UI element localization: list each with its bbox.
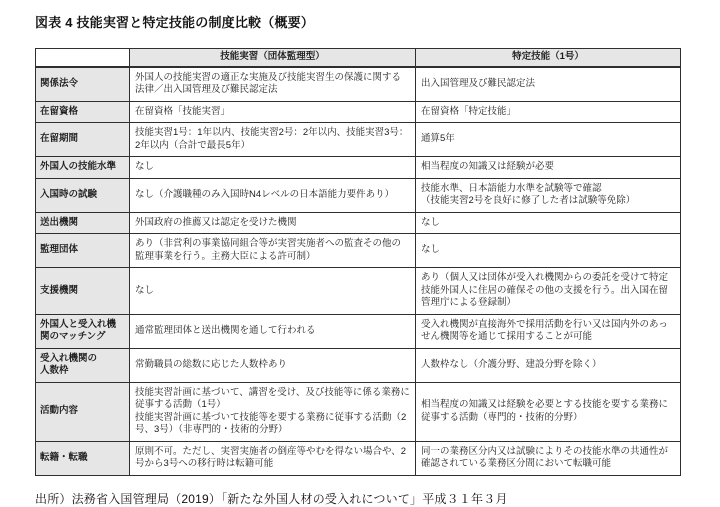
cell-tokutei: 人数枠なし（介護分野、建設分野を除く） (416, 348, 681, 382)
table-row: 在留資格 在留資格「技能実習」 在留資格「特定技能」 (36, 101, 681, 123)
row-label: 外国人と受入れ機 関のマッチング (36, 314, 130, 348)
table-row: 在留期間 技能実習1号：1年以内、技能実習2号：2年以内、技能実習3号：2年以内… (36, 123, 681, 157)
row-label: 転籍・転職 (36, 441, 130, 475)
header-row: 技能実習（団体監理型） 特定技能（1号） (36, 49, 681, 67)
row-label: 監理団体 (36, 234, 130, 268)
cell-ginou: 外国政府の推薦又は認定を受けた機関 (130, 212, 416, 234)
table-row: 関係法令 外国人の技能実習の適正な実施及び技能実習生の保護に関する法律／出入国管… (36, 67, 681, 102)
cell-tokutei: 在留資格「特定技能」 (416, 101, 681, 123)
cell-ginou: なし（介護職種のみ入国時N4レベルの日本語能力要件あり） (130, 178, 416, 212)
cell-ginou: なし (130, 268, 416, 315)
cell-ginou: 在留資格「技能実習」 (130, 101, 416, 123)
row-label: 支援機関 (36, 268, 130, 315)
cell-tokutei: 通算5年 (416, 123, 681, 157)
row-label: 入国時の試験 (36, 178, 130, 212)
figure-title: 図表 4 技能実習と特定技能の制度比較（概要） (35, 12, 683, 31)
column-header-ginou-jisshu: 技能実習（団体監理型） (130, 49, 416, 67)
document-page: 図表 4 技能実習と特定技能の制度比較（概要） 技能実習（団体監理型） 特定技能… (35, 12, 683, 499)
cell-ginou: 技能実習1号：1年以内、技能実習2号：2年以内、技能実習3号：2年以内（合計で最… (130, 123, 416, 157)
row-label: 外国人の技能水準 (36, 157, 130, 179)
table-row: 送出機関 外国政府の推薦又は認定を受けた機関 なし (36, 212, 681, 234)
row-label: 受入れ機関の 人数枠 (36, 348, 130, 382)
row-label: 関係法令 (36, 67, 130, 102)
corner-cell (36, 49, 130, 67)
cell-ginou: 常勤職員の総数に応じた人数枠あり (130, 348, 416, 382)
table-row: 監理団体 あり（非営利の事業協同組合等が実習実施者への監査その他の監理事業を行う… (36, 234, 681, 268)
column-header-tokutei-ginou: 特定技能（1号） (416, 49, 681, 67)
table-row: 支援機関 なし あり（個人又は団体が受入れ機関からの委託を受けて特定技能外国人に… (36, 268, 681, 315)
table-row: 入国時の試験 なし（介護職種のみ入国時N4レベルの日本語能力要件あり） 技能水準… (36, 178, 681, 212)
row-label: 活動内容 (36, 382, 130, 441)
cell-ginou: あり（非営利の事業協同組合等が実習実施者への監査その他の監理事業を行う。主務大臣… (130, 234, 416, 268)
table-row: 外国人の技能水準 なし 相当程度の知識又は経験が必要 (36, 157, 681, 179)
comparison-table: 技能実習（団体監理型） 特定技能（1号） 関係法令 外国人の技能実習の適正な実施… (35, 48, 681, 476)
row-label: 在留資格 (36, 101, 130, 123)
cell-ginou: なし (130, 157, 416, 179)
cell-ginou: 通常監理団体と送出機関を通して行われる (130, 314, 416, 348)
cell-tokutei: なし (416, 212, 681, 234)
cell-tokutei: 出入国管理及び難民認定法 (416, 67, 681, 102)
row-label: 送出機関 (36, 212, 130, 234)
cell-ginou: 外国人の技能実習の適正な実施及び技能実習生の保護に関する法律／出入国管理及び難民… (130, 67, 416, 102)
cell-tokutei: 同一の業務区分内又は試験によりその技能水準の共通性が確認されている業務区分間にお… (416, 441, 681, 475)
cell-tokutei: あり（個人又は団体が受入れ機関からの委託を受けて特定技能外国人に住居の確保その他… (416, 268, 681, 315)
table-row: 活動内容 技能実習計画に基づいて、講習を受け、及び技能等に係る業務に従事する活動… (36, 382, 681, 441)
cell-tokutei: なし (416, 234, 681, 268)
cell-tokutei: 相当程度の知識又は経験が必要 (416, 157, 681, 179)
cell-tokutei: 相当程度の知識又は経験を必要とする技能を要する業務に従事する活動（専門的・技術的… (416, 382, 681, 441)
cell-ginou: 技能実習計画に基づいて、講習を受け、及び技能等に係る業務に従事する活動（1号） … (130, 382, 416, 441)
source-citation: 出所）法務省入国管理局（2019）「新たな外国人材の受入れについて」平成３１年３… (35, 490, 683, 500)
cell-tokutei: 技能水準、日本語能力水準を試験等で確認 （技能実習2号を良好に修了した者は試験等… (416, 178, 681, 212)
row-label: 在留期間 (36, 123, 130, 157)
table-row: 受入れ機関の 人数枠 常勤職員の総数に応じた人数枠あり 人数枠なし（介護分野、建… (36, 348, 681, 382)
cell-tokutei: 受入れ機関が直接海外で採用活動を行い又は国内外のあっせん機関等を通じて採用するこ… (416, 314, 681, 348)
table-row: 転籍・転職 原則不可。ただし、実習実施者の倒産等やむを得ない場合や、2号から3号… (36, 441, 681, 475)
cell-ginou: 原則不可。ただし、実習実施者の倒産等やむを得ない場合や、2号から3号への移行時は… (130, 441, 416, 475)
table-row: 外国人と受入れ機 関のマッチング 通常監理団体と送出機関を通して行われる 受入れ… (36, 314, 681, 348)
